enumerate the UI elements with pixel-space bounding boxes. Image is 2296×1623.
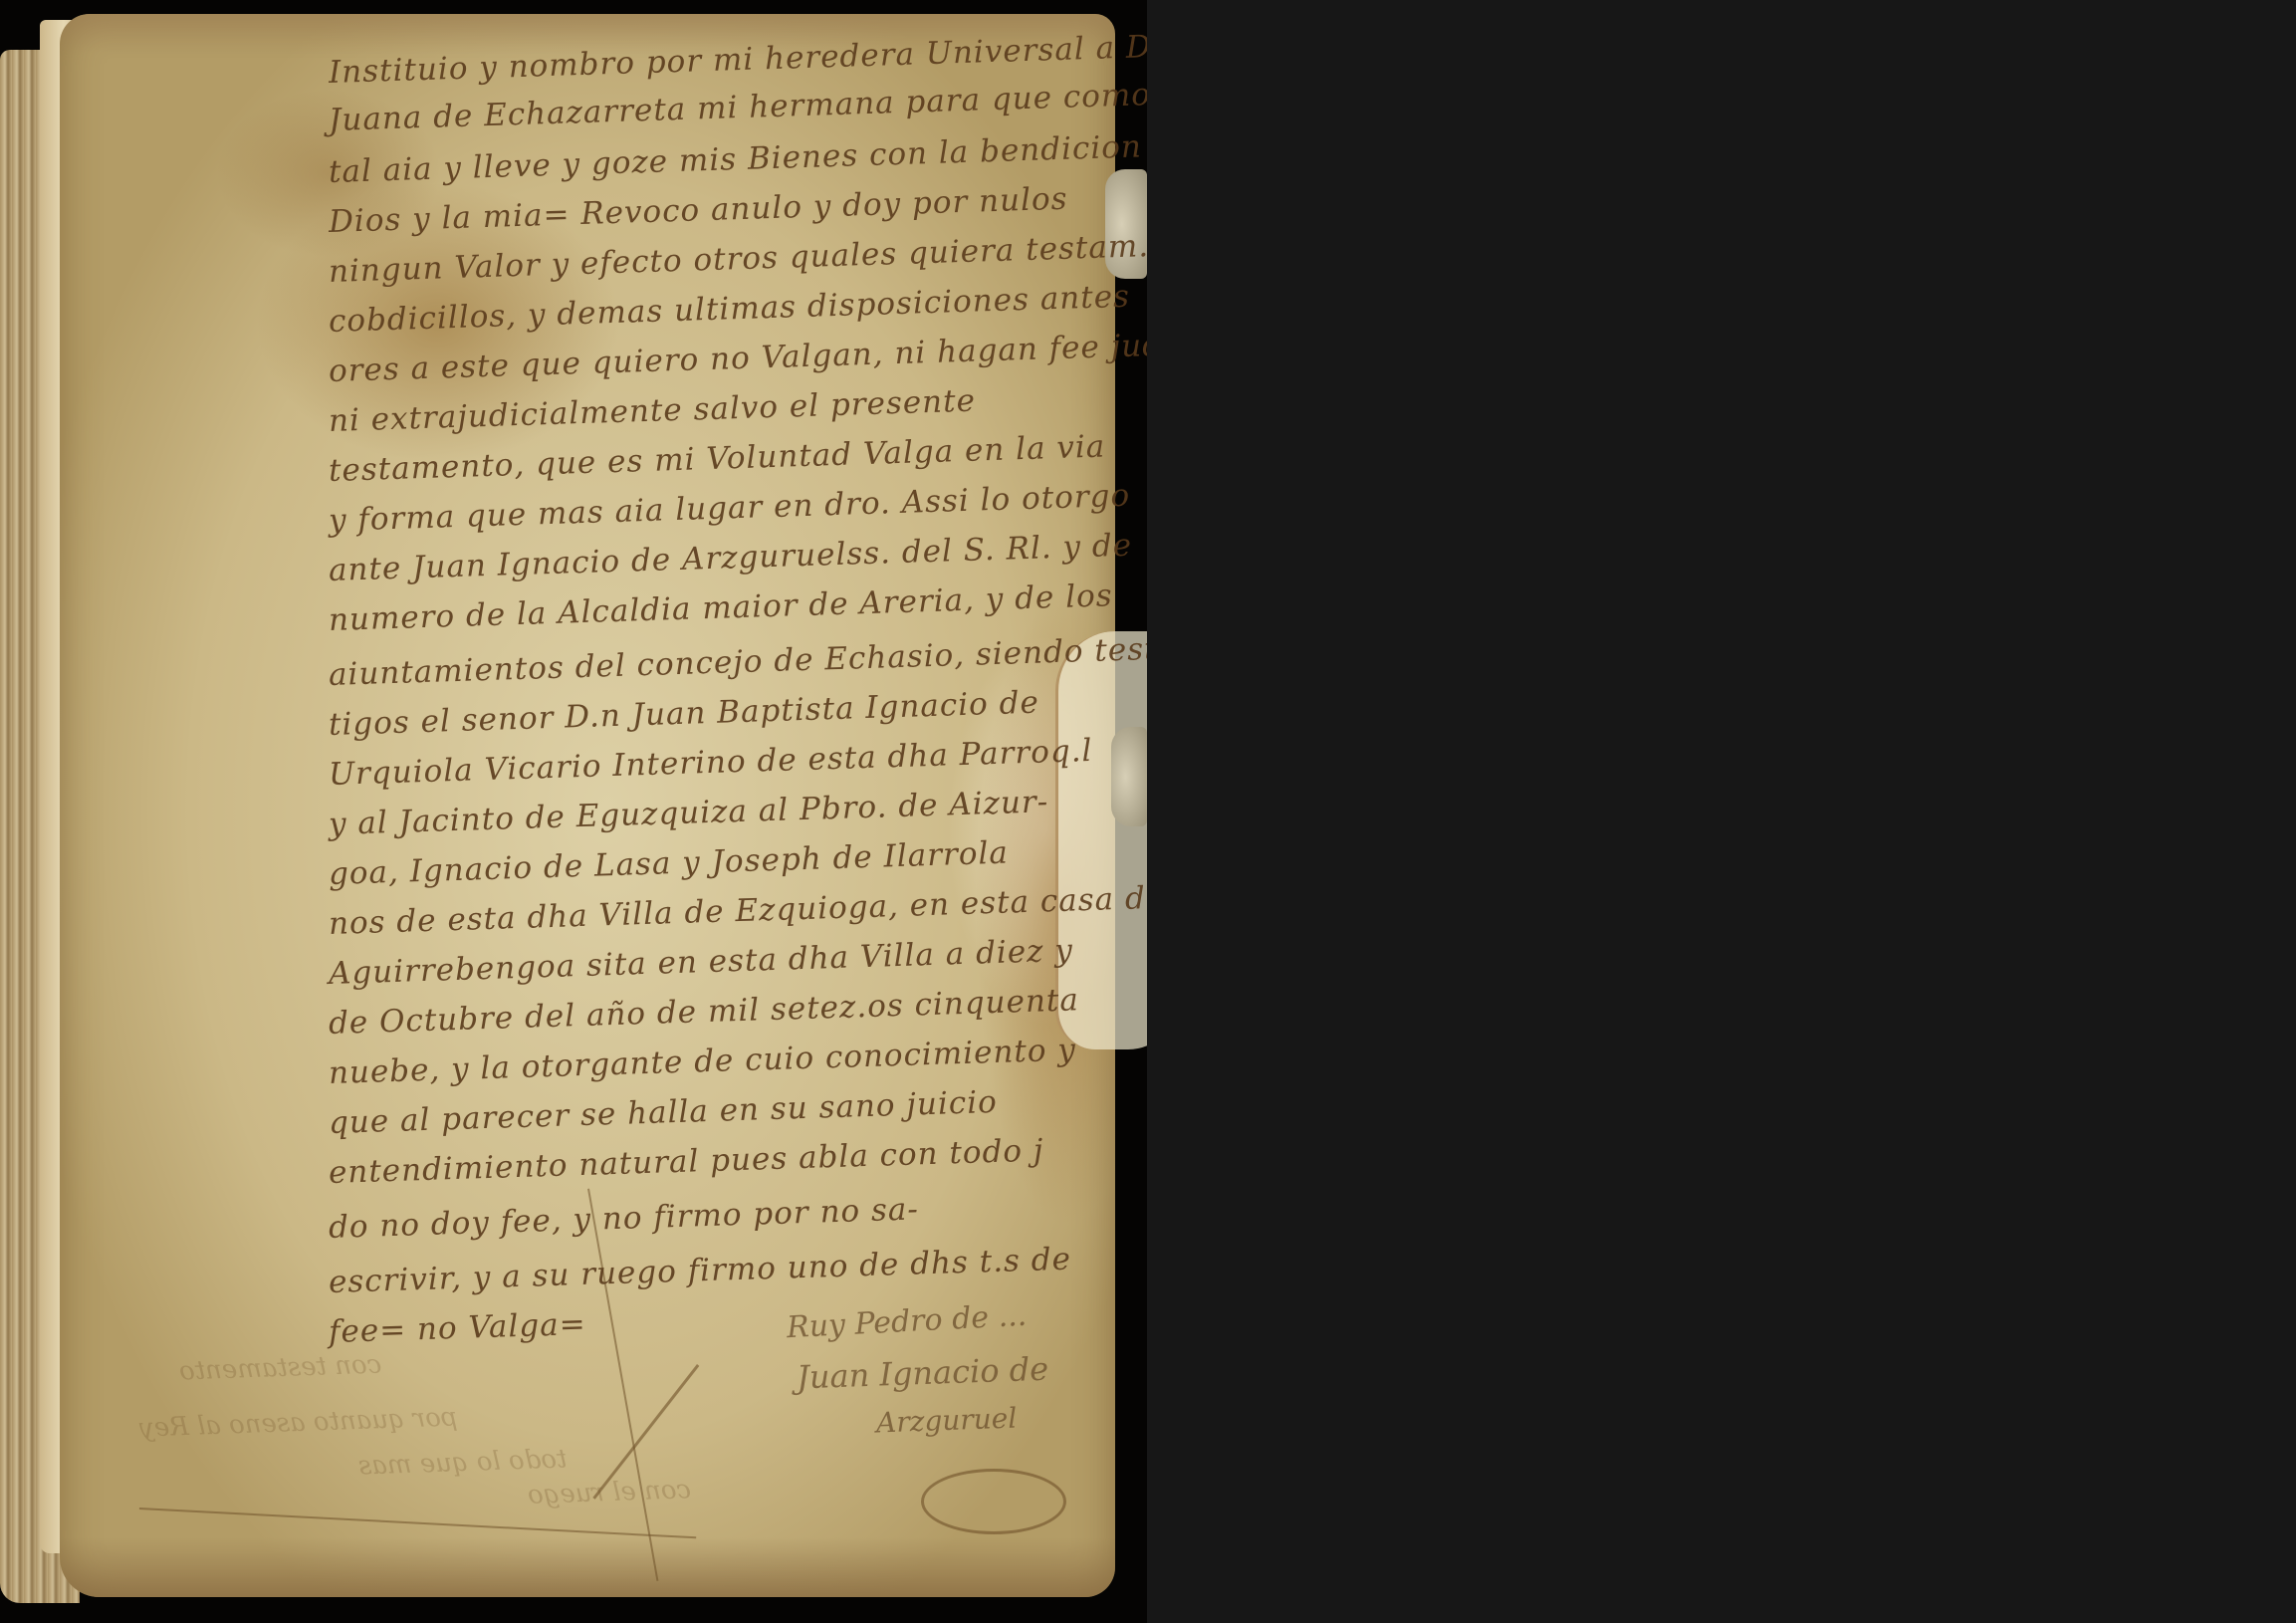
bleed-through-text: por quanto aseno al Rey bbox=[139, 1402, 458, 1443]
signature-notary-surname: Arzguruel bbox=[875, 1402, 1017, 1440]
bleed-through-text: con testamento bbox=[179, 1349, 382, 1386]
binding-thread-knot bbox=[1111, 727, 1147, 826]
signature-rubric-flourish bbox=[921, 1469, 1066, 1534]
crease-line-horizontal bbox=[139, 1507, 696, 1538]
crease-line bbox=[587, 1189, 658, 1581]
document-photo: con testamento por quanto aseno al Rey t… bbox=[0, 0, 1147, 1623]
image-viewer: con testamento por quanto aseno al Rey t… bbox=[0, 0, 2296, 1623]
bleed-through-text: todo lo que mas bbox=[358, 1444, 568, 1481]
sheet-bottom-edge bbox=[60, 1537, 1115, 1597]
